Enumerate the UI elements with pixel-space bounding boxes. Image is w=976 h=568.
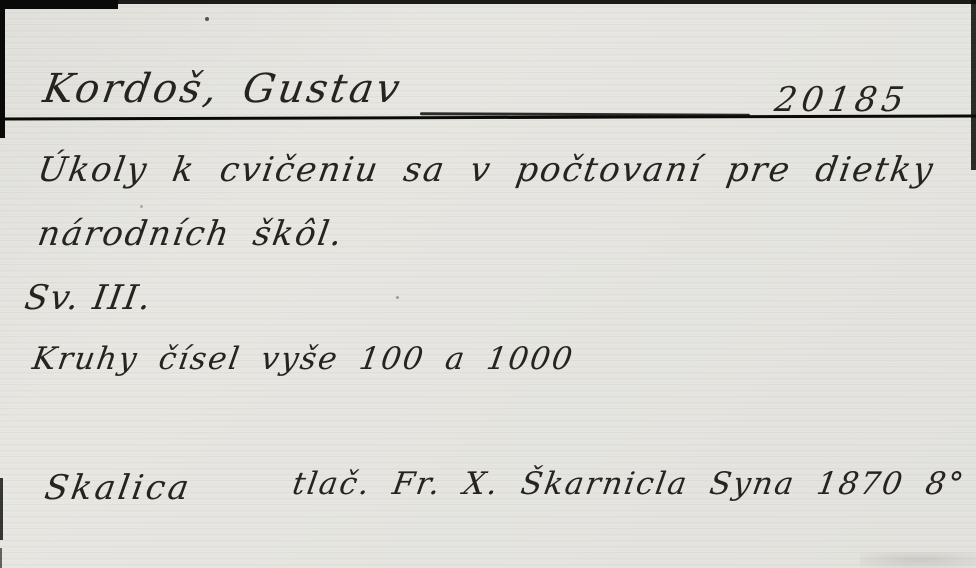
content-note: Kruhy čísel vyše 100 a 1000 — [30, 341, 577, 377]
imprint-place: Skalica — [42, 468, 195, 508]
title-line-1: Úkoly k cvičeniu sa v počtovaní pre diet… — [35, 150, 937, 190]
paper-speck — [205, 17, 209, 21]
scan-edge-left-corner — [0, 548, 2, 568]
paper-speck — [396, 296, 399, 299]
scan-edge-left-lower — [0, 478, 3, 540]
scan-edge-right — [971, 0, 976, 170]
paper-shadow — [860, 552, 976, 568]
scan-edge-top — [0, 0, 976, 4]
catalog-card-scan: Kordoš, Gustav 20185 Úkoly k cvičeniu sa… — [0, 0, 976, 568]
title-line-2: národních škôl. — [35, 214, 347, 254]
author-name: Kordoš, Gustav — [40, 66, 406, 112]
imprint-details: tlač. Fr. X. Škarnicla Syna 1870 8° str.… — [290, 466, 976, 502]
paper-speck — [140, 205, 143, 208]
volume-designation: Sv. III. — [22, 278, 156, 318]
scan-edge-top-left — [0, 0, 118, 9]
